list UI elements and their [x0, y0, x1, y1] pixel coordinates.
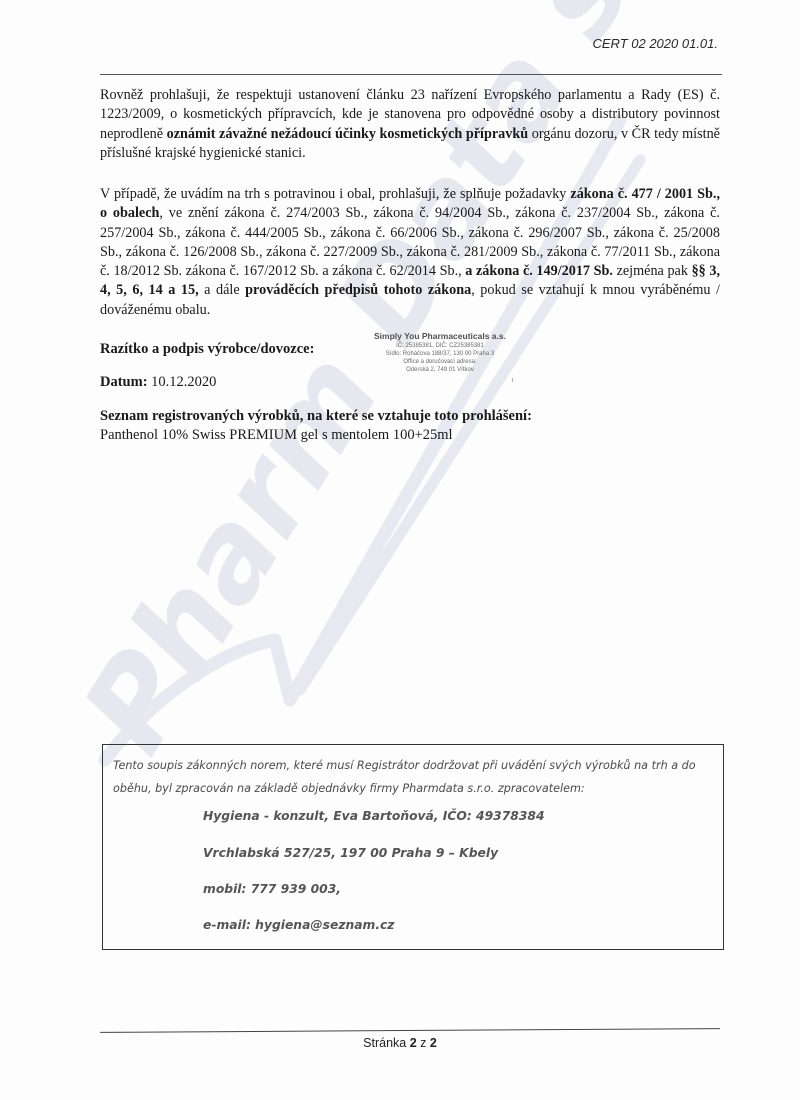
footer-divider — [100, 1028, 720, 1033]
company-stamp: Simply You Pharmaceuticals a.s. IČ: 2538… — [345, 331, 535, 374]
text-run: a dále — [199, 282, 246, 298]
emphasis-text: oznámit závažné nežádoucí účinky kosmeti… — [167, 126, 529, 142]
header-divider — [100, 74, 722, 75]
page-total: 2 — [430, 1036, 437, 1050]
emphasis-text: a zákona č. 149/2017 Sb. — [465, 263, 613, 279]
date-value: 10.12.2020 — [151, 374, 216, 390]
text-run: V případě, že uvádím na trh s potravinou… — [100, 186, 570, 202]
page-prefix: Stránka — [363, 1036, 410, 1050]
document-code: CERT 02 2020 01.01. — [592, 36, 718, 51]
processor-info-box: Tento soupis zákonných norem, které musí… — [102, 744, 724, 950]
paragraph-cosmetics-declaration: Rovněž prohlašuji, že respektuji ustanov… — [100, 86, 720, 163]
paragraph-packaging-declaration: V případě, že uvádím na trh s potravinou… — [100, 185, 720, 320]
stamp-seat: Sídlo: Roháčova 188/37, 130 00 Praha 3 — [345, 350, 535, 358]
processor-name: Hygiena - konzult, Eva Bartoňová, IČO: 4… — [203, 809, 545, 823]
product-list-item: Panthenol 10% Swiss PREMIUM gel s mentol… — [100, 427, 453, 444]
page-number: Stránka 2 z 2 — [0, 1036, 800, 1050]
text-run: zejména pak — [613, 263, 692, 279]
products-heading: Seznam registrovaných výrobků, na které … — [100, 408, 532, 425]
emphasis-text: prováděcích předpisů tohoto zákona — [245, 282, 471, 298]
stamp-ids: IČ: 25385381, DIČ: CZ25385381 — [345, 342, 535, 350]
stamp-company-name: Simply You Pharmaceuticals a.s. — [345, 331, 535, 342]
signature-mark: 1 — [511, 378, 514, 384]
processor-address: Vrchlabská 527/25, 197 00 Praha 9 – Kbel… — [203, 846, 498, 860]
page-current: 2 — [410, 1036, 417, 1050]
page-separator: z — [417, 1036, 430, 1050]
processor-email: e-mail: hygiena@seznam.cz — [203, 918, 394, 932]
signature-label: Razítko a podpis výrobce/dovozce: — [100, 341, 314, 358]
info-intro-text: Tento soupis zákonných norem, které musí… — [113, 754, 713, 800]
stamp-office-address: Oderská 2, 749 01 Vítkov — [345, 366, 535, 374]
stamp-office-label: Office a doručovací adresa: — [345, 358, 535, 366]
processor-mobile: mobil: 777 939 003, — [203, 882, 341, 896]
date-label: Datum: — [100, 374, 148, 390]
date-row: Datum: 10.12.2020 — [100, 374, 216, 391]
